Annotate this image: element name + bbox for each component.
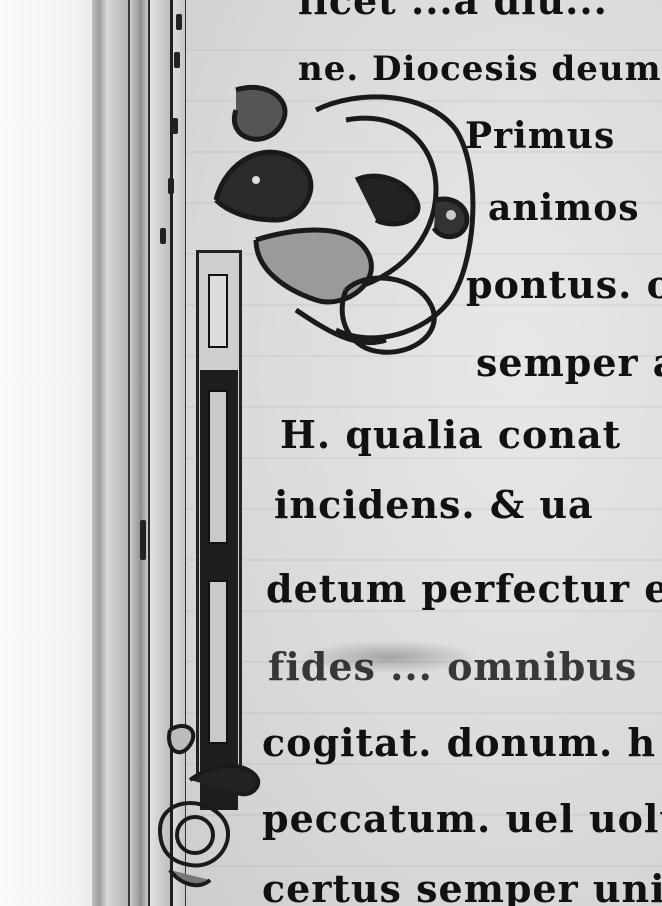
text-line: licet ...a diu... [298,0,608,20]
edge-mark [176,14,182,30]
manuscript-photo: licet ...a diu... ne. Diocesis deum Prim… [0,0,662,906]
text-line: peccatum. uel uolun [262,800,662,838]
historiated-initial [196,80,486,370]
text-line: Primus [465,118,615,154]
text-line: incidens. & ua [274,486,594,524]
edge-mark [168,178,174,194]
text-line: semper a [476,344,662,382]
text-line: animos [488,190,640,226]
text-line: pontus. o [466,266,662,304]
edge-mark [172,118,178,134]
edge-mark [174,52,180,68]
text-line: H. qualia conat [280,416,621,454]
page-edge [106,0,130,906]
text-line: fides ... omnibus [268,648,637,686]
photo-background [0,0,100,906]
edge-mark [140,520,146,560]
page-edge [92,0,107,906]
edge-mark [160,228,166,244]
text-line: ne. Diocesis deum [298,52,662,86]
text-line: detum perfectur est [266,570,662,608]
initial-foot-ornament [140,720,270,900]
text-line: certus semper uni [262,870,662,906]
text-line: cogitat. donum. h [262,724,656,762]
